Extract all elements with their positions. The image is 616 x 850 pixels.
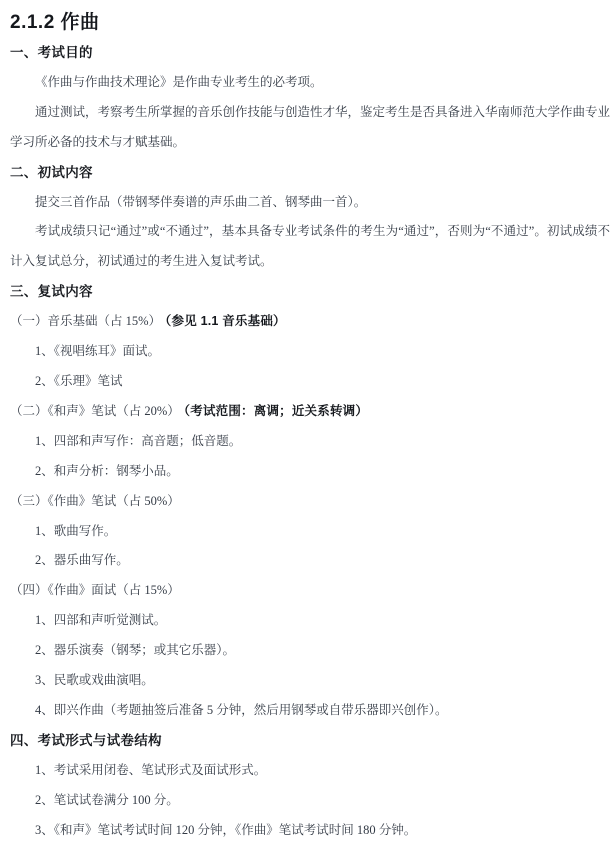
list-item: 3、《和声》笔试考试时间 120 分钟，《作曲》笔试考试时间 180 分钟。 [10, 816, 610, 846]
list-item: 4、即兴作曲（考题抽签后准备 5 分钟，然后用钢琴或自带乐器即兴创作）。 [10, 696, 610, 726]
list-item: 2、和声分析：钢琴小品。 [10, 457, 610, 487]
subsection-composition-interview: （四）《作曲》面试（占 15%） [10, 576, 610, 606]
subsection-composition-written: （三）《作曲》笔试（占 50%） [10, 487, 610, 517]
section-heading-exam-format: 四、考试形式与试卷结构 [10, 726, 610, 756]
document-page: 2.1.2 作曲 一、考试目的 《作曲与作曲技术理论》是作曲专业考生的必考项。 … [0, 0, 616, 850]
paragraph: 提交三首作品（带钢琴伴奏谱的声乐曲二首、钢琴曲一首）。 [10, 188, 610, 218]
section-heading-exam-purpose: 一、考试目的 [10, 38, 610, 68]
list-item: 1、四部和声听觉测试。 [10, 606, 610, 636]
subsection-text: （一）音乐基础（占 15%） [10, 314, 161, 328]
list-item: 1、《视唱练耳》面试。 [10, 337, 610, 367]
list-item: 1、四部和声写作：高音题；低音题。 [10, 427, 610, 457]
section-heading-preliminary-exam: 二、初试内容 [10, 158, 610, 188]
subsection-note: （考试范围：离调；近关系转调） [184, 404, 368, 418]
list-item: 1、考试采用闭卷、笔试形式及面试形式。 [10, 756, 610, 786]
list-item: 2、《乐理》笔试 [10, 367, 610, 397]
paragraph: 《作曲与作曲技术理论》是作曲专业考生的必考项。 [10, 68, 610, 98]
subsection-note: （参见 1.1 音乐基础） [165, 314, 286, 328]
paragraph: 考试成绩只记“通过”或“不通过”，基本具备专业考试条件的考生为“通过”，否则为“… [10, 217, 610, 277]
subsection-harmony: （二）《和声》笔试（占 20%）（考试范围：离调；近关系转调） [10, 397, 610, 427]
list-item: 2、器乐曲写作。 [10, 546, 610, 576]
list-item: 2、器乐演奏（钢琴；或其它乐器）。 [10, 636, 610, 666]
section-heading-retest: 三、复试内容 [10, 277, 610, 307]
paragraph: 通过测试，考察考生所掌握的音乐创作技能与创造性才华，鉴定考生是否具备进入华南师范… [10, 98, 610, 158]
subsection-text: （四）《作曲》面试（占 15%） [10, 583, 180, 597]
list-item: 2、笔试试卷满分 100 分。 [10, 786, 610, 816]
subsection-text: （三）《作曲》笔试（占 50%） [10, 494, 180, 508]
list-item: 3、民歌或戏曲演唱。 [10, 666, 610, 696]
subsection-text: （二）《和声》笔试（占 20%） [10, 404, 180, 418]
list-item: 1、歌曲写作。 [10, 517, 610, 547]
page-title: 2.1.2 作曲 [10, 10, 610, 36]
subsection-music-basics: （一）音乐基础（占 15%）（参见 1.1 音乐基础） [10, 307, 610, 337]
